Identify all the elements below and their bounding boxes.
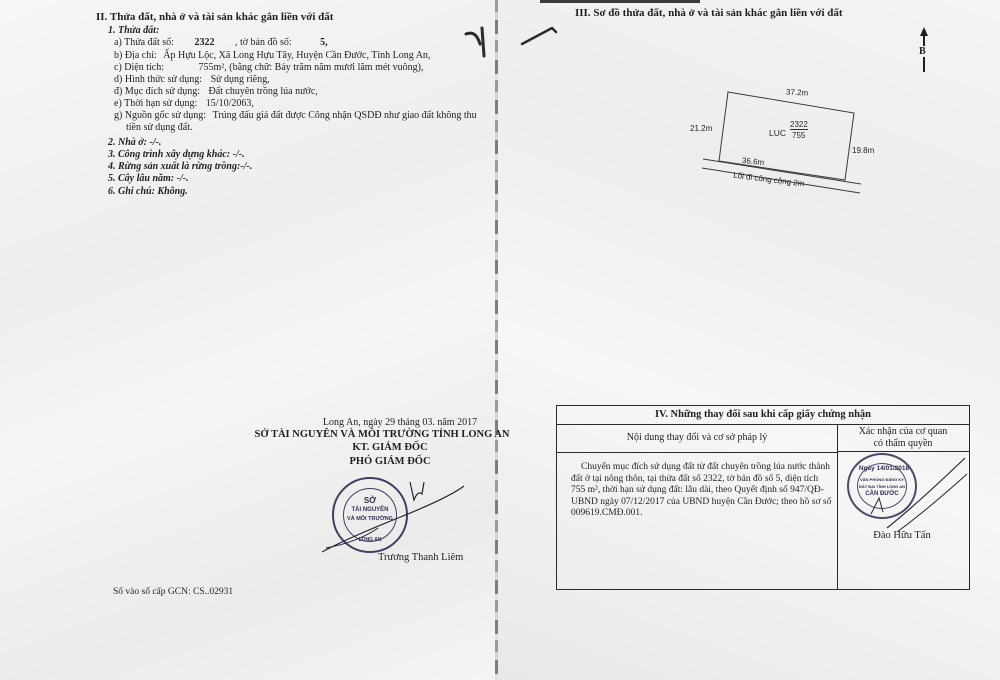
registry-signature	[857, 454, 969, 534]
purpose-value: Đất chuyên trồng lúa nước,	[208, 86, 317, 97]
origin-line-2: tiền sử dụng đất.	[126, 122, 193, 134]
address-value: Ấp Hựu Lộc, Xã Long Hựu Tây, Huyện Cần Đ…	[163, 50, 430, 61]
change-content: Chuyển mục đích sử dụng đất từ đất chuyê…	[571, 462, 833, 520]
term-label: e) Thời hạn sử dụng:	[114, 98, 197, 109]
map-sheet-number: 5,	[320, 37, 328, 48]
area-line: c) Diện tích: 755m², (bằng chữ: Bảy trăm…	[114, 62, 423, 74]
changes-table-title: IV. Những thay đổi sau khi cấp giấy chứn…	[557, 406, 969, 425]
usage-form-line: d) Hình thức sử dụng: Sử dụng riêng,	[114, 74, 270, 86]
usage-form-label: d) Hình thức sử dụng:	[114, 74, 202, 85]
col-confirm-header: Xác nhận của cơ quan có thẩm quyền	[837, 424, 969, 452]
registry-signer: Đào Hữu Tấn	[847, 530, 957, 541]
purpose-line: đ) Mục đích sử dụng: Đất chuyên trồng lú…	[114, 86, 318, 98]
item-notes: 6. Ghi chú: Không.	[108, 186, 188, 197]
land-code: LUC	[769, 128, 786, 138]
registry-number: Số vào sổ cấp GCN: CS..02931	[113, 586, 233, 598]
origin-line: g) Nguồn gốc sử dụng: Trúng đấu giá đất …	[114, 110, 477, 122]
item-perennial-trees: 5. Cây lâu năm: -/-.	[108, 173, 189, 184]
section-iii-title: III. Sơ đồ thửa đất, nhà ở và tài sản kh…	[575, 7, 843, 19]
plot-area: 755	[792, 131, 805, 140]
term-value: 15/10/2063,	[206, 98, 254, 109]
col-confirm-header-line2: có thẩm quyền	[837, 438, 969, 450]
parcel-line: a) Thửa đất số: 2322 , tờ bản đồ số: 5,	[114, 37, 328, 49]
address-line: b) Địa chỉ: Ấp Hựu Lộc, Xã Long Hựu Tây,…	[114, 50, 430, 62]
map-sheet-label: , tờ bản đồ số:	[235, 37, 292, 48]
pen-mark-right	[520, 24, 560, 48]
usage-form-value: Sử dụng riêng,	[211, 74, 270, 85]
position: PHÓ GIÁM ĐỐC	[270, 456, 510, 467]
item-planted-forest: 4. Rừng sản xuất là rừng trồng:-/-.	[108, 161, 252, 172]
area-value: 755m², (bằng chữ: Bảy trăm năm mươi lăm …	[198, 62, 423, 73]
on-behalf: KT. GIÁM ĐỐC	[270, 442, 510, 453]
plot-parcel-number: 2322	[790, 120, 808, 130]
right-edge-length: 19.8m	[852, 146, 874, 155]
north-label: B	[919, 46, 926, 57]
section-ii-title: II. Thửa đất, nhà ở và tài sản khác gắn …	[96, 11, 333, 23]
top-edge-length: 37.2m	[786, 87, 809, 97]
col-content-header: Nội dung thay đổi và cơ sở pháp lý	[557, 424, 838, 453]
page-fold	[495, 0, 498, 680]
pen-mark	[462, 26, 496, 66]
agency-name: SỞ TÀI NGUYÊN VÀ MÔI TRƯỜNG TỈNH LONG AN	[252, 429, 512, 440]
origin-label: g) Nguồn gốc sử dụng:	[114, 110, 206, 121]
land-heading: 1. Thửa đất:	[108, 25, 159, 36]
left-edge-length: 21.2m	[690, 124, 712, 133]
purpose-label: đ) Mục đích sử dụng:	[114, 86, 200, 97]
signer-name: Trương Thanh Liêm	[378, 552, 463, 564]
address-label: b) Địa chỉ:	[114, 50, 157, 61]
item-other-construction: 3. Công trình xây dựng khác: -/-.	[108, 149, 245, 160]
item-house: 2. Nhà ở: -/-.	[108, 137, 161, 148]
parcel-number: 2322	[194, 37, 214, 48]
changes-table: IV. Những thay đổi sau khi cấp giấy chứn…	[556, 405, 970, 590]
signature	[318, 478, 468, 558]
place-date: Long An, ngày 29 tháng 03. năm 2017	[270, 417, 530, 429]
col-confirm-header-line1: Xác nhận của cơ quan	[837, 426, 969, 438]
term-line: e) Thời hạn sử dụng: 15/10/2063,	[114, 98, 254, 110]
parcel-label: a) Thửa đất số:	[114, 37, 174, 48]
area-label: c) Diện tích:	[114, 62, 164, 73]
origin-value: Trúng đấu giá đất được Công nhận QSDĐ nh…	[213, 110, 477, 121]
top-edge-mark	[540, 0, 700, 3]
